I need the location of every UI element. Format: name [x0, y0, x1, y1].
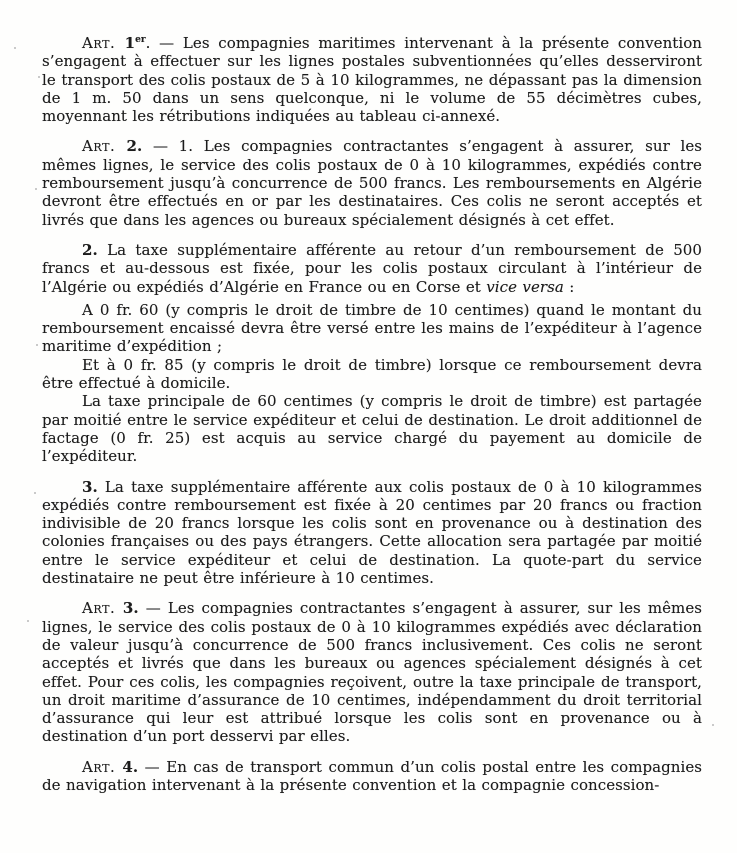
text-run-normal: . — Les compagnies maritimes intervenant…: [42, 34, 702, 125]
text-run-bold: 2.: [115, 137, 142, 155]
paragraph-art-2-al-2: 2. La taxe supplémentaire afférente au r…: [42, 241, 702, 296]
document-text-block: Art. 1er. — Les compagnies maritimes int…: [42, 31, 702, 794]
text-run-italic: vice versa: [486, 278, 564, 296]
text-run-bold: 2.: [82, 241, 98, 259]
text-run-bold: 3.: [82, 478, 98, 496]
text-run-smallcaps: Art.: [82, 758, 115, 776]
text-run-normal: A 0 fr. 60 (y compris le droit de timbre…: [42, 301, 702, 356]
scan-speckle: [27, 620, 29, 622]
text-run-bold: 3.: [115, 599, 138, 617]
text-run-smallcaps: Art.: [82, 34, 115, 52]
scanned-document-page: Art. 1er. — Les compagnies maritimes int…: [0, 0, 737, 853]
scan-speckle: [36, 344, 38, 346]
paragraph-art-2-al-3: 3. La taxe supplémentaire afférente aux …: [42, 478, 702, 588]
paragraph-art-2: Art. 2. — 1. Les compagnies contractante…: [42, 137, 702, 228]
text-run-normal: — Les compagnies contractantes s’engagen…: [42, 599, 702, 745]
text-run-bold: 1: [115, 34, 135, 52]
text-run-normal: La taxe supplémentaire afférente au reto…: [42, 241, 702, 296]
text-run-boldsup: er: [135, 35, 145, 45]
paragraph-art-4: Art. 4. — En cas de transport commun d’u…: [42, 758, 702, 795]
scan-speckle: [14, 47, 16, 49]
paragraph-art-3: Art. 3. — Les compagnies contractantes s…: [42, 599, 702, 745]
text-run-bold: 4.: [115, 758, 138, 776]
text-run-normal: La taxe principale de 60 centimes (y com…: [42, 392, 702, 465]
scan-speckle: [38, 76, 40, 78]
text-run-normal: :: [564, 278, 575, 296]
scan-speckle: [712, 724, 714, 726]
paragraph-art-2-al-2a: A 0 fr. 60 (y compris le droit de timbre…: [42, 301, 702, 356]
text-run-normal: Et à 0 fr. 85 (y compris le droit de tim…: [42, 356, 702, 392]
paragraph-art-2-al-2c: La taxe principale de 60 centimes (y com…: [42, 392, 702, 465]
text-run-smallcaps: Art.: [82, 137, 115, 155]
scan-speckle: [536, 250, 538, 252]
scan-speckle: [35, 188, 37, 190]
text-run-normal: — En cas de transport commun d’un colis …: [42, 758, 702, 794]
paragraph-art-1: Art. 1er. — Les compagnies maritimes int…: [42, 31, 702, 125]
paragraph-art-2-al-2b: Et à 0 fr. 85 (y compris le droit de tim…: [42, 356, 702, 393]
text-run-smallcaps: Art.: [82, 599, 115, 617]
scan-speckle: [34, 492, 36, 494]
text-run-normal: La taxe supplémentaire afférente aux col…: [42, 478, 702, 587]
